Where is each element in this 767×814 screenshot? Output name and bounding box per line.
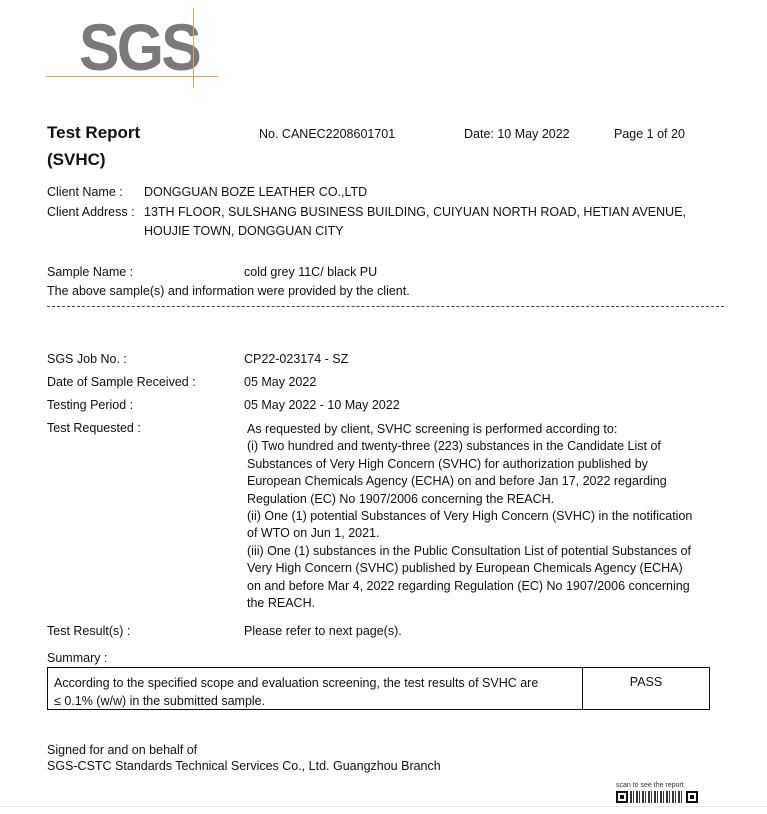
requested-line: (i) Two hundred and twenty-three (223) s… <box>247 438 727 455</box>
client-address-line1: 13TH FLOOR, SULSHANG BUSINESS BUILDING, … <box>144 205 686 219</box>
report-title: Test Report <box>47 123 140 143</box>
page-bottom-edge <box>0 806 767 807</box>
requested-line: Very High Concern (SVHC) published by Eu… <box>247 560 727 577</box>
job-no-label: SGS Job No. : <box>47 352 127 366</box>
testing-period-value: 05 May 2022 - 10 May 2022 <box>244 398 400 412</box>
sample-name-value: cold grey 11C/ black PU <box>244 265 377 279</box>
report-number: No. CANEC2208601701 <box>259 127 395 141</box>
sample-name-label: Sample Name : <box>47 265 133 279</box>
requested-line: (iii) One (1) substances in the Public C… <box>247 543 727 560</box>
requested-line: the REACH. <box>247 595 727 612</box>
summary-label: Summary : <box>47 651 107 665</box>
signed-line1: Signed for and on behalf of <box>47 742 197 758</box>
qr-label: scan to see the report <box>616 782 684 789</box>
signed-line2: SGS-CSTC Standards Technical Services Co… <box>47 758 441 774</box>
requested-line: As requested by client, SVHC screening i… <box>247 421 727 438</box>
test-result-label: Test Result(s) : <box>47 624 130 638</box>
requested-line: Regulation (EC) No 1907/2006 concerning … <box>247 491 727 508</box>
sample-note: The above sample(s) and information were… <box>47 284 410 298</box>
client-address-line2: HOUJIE TOWN, DONGGUAN CITY <box>144 224 344 238</box>
dashed-separator <box>47 306 724 307</box>
test-requested-label: Test Requested : <box>47 421 141 435</box>
testing-period-label: Testing Period : <box>47 398 133 412</box>
requested-line: of WTO on Jun 1, 2021. <box>247 525 727 542</box>
requested-line: on and before Mar 4, 2022 regarding Regu… <box>247 578 727 595</box>
report-subtitle: (SVHC) <box>47 150 106 170</box>
summary-text-line2: ≤ 0.1% (w/w) in the submitted sample. <box>54 692 582 710</box>
qr-code[interactable] <box>616 791 698 805</box>
qr-finder-icon <box>616 791 628 803</box>
client-name-value: DONGGUAN BOZE LEATHER CO.,LTD <box>144 185 367 199</box>
summary-table: According to the specified scope and eva… <box>47 667 710 710</box>
client-address-label: Client Address : <box>47 205 135 219</box>
qr-finder-icon <box>686 791 698 803</box>
page-indicator: Page 1 of 20 <box>614 127 685 141</box>
sgs-logo: SGS <box>46 8 218 80</box>
sample-received-value: 05 May 2022 <box>244 375 316 389</box>
summary-text-line1: According to the specified scope and eva… <box>54 674 582 692</box>
qr-modules <box>630 791 684 803</box>
requested-line: European Chemicals Agency (ECHA) on and … <box>247 473 727 490</box>
sample-received-label: Date of Sample Received : <box>47 375 196 389</box>
requested-line: Substances of Very High Concern (SVHC) f… <box>247 456 727 473</box>
logo-text: SGS <box>79 14 199 80</box>
logo-vertical-line <box>193 8 194 88</box>
summary-text-cell: According to the specified scope and eva… <box>48 668 583 709</box>
job-no-value: CP22-023174 - SZ <box>244 352 348 366</box>
client-name-label: Client Name : <box>47 185 123 199</box>
requested-line: (ii) One (1) potential Substances of Ver… <box>247 508 727 525</box>
summary-result-cell: PASS <box>583 668 709 709</box>
test-result-value: Please refer to next page(s). <box>244 624 402 638</box>
report-date: Date: 10 May 2022 <box>464 127 570 141</box>
test-requested-text: As requested by client, SVHC screening i… <box>247 421 727 612</box>
